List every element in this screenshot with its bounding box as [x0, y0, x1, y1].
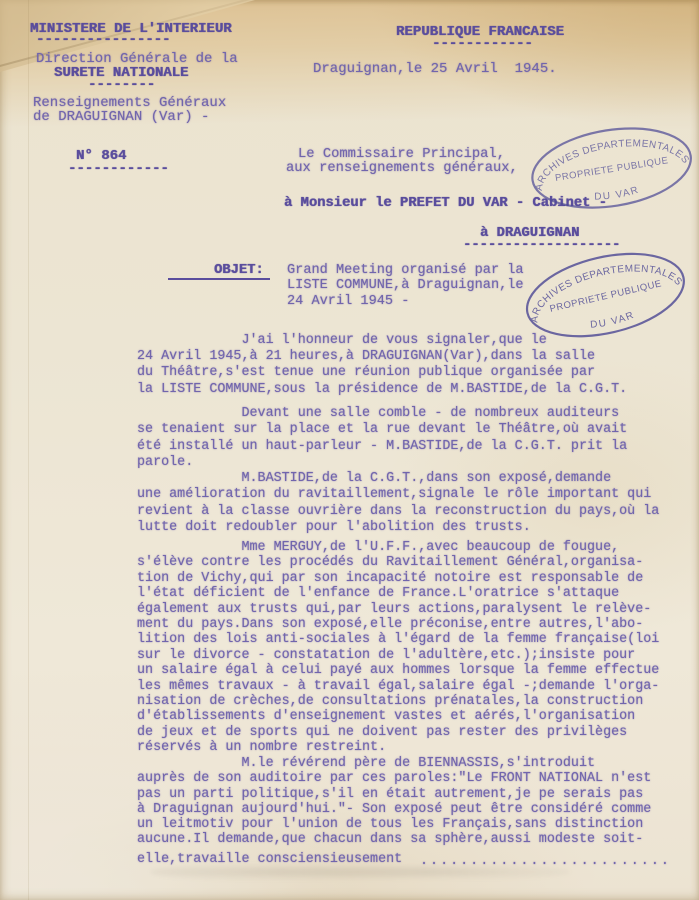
closing-dotted-line: .........................: [420, 854, 671, 869]
reference-rule: ------------: [68, 162, 169, 177]
document-page: MINISTERE DE L'INTERIEUR ---------------…: [0, 0, 699, 900]
paragraph-merguy: Mme MERGUY,de l'U.F.F.,avec beaucoup de …: [137, 540, 659, 756]
archives-stamp-top: ARCHIVES DEPARTEMENTALES PROPRIETE PUBLI…: [520, 109, 699, 231]
service-line2: de DRAGUIGNAN (Var) -: [33, 110, 209, 125]
sender-line2: aux renseignements généraux,: [286, 161, 518, 176]
ministry-rule: ----------------: [36, 33, 170, 48]
closing-line: elle,travaille consciensieusement: [137, 852, 402, 867]
dateline: Draguignan,le 25 Avril 1945.: [313, 62, 557, 77]
paragraph-salle-bastide: Devant une salle comble - de nombreux au…: [137, 406, 659, 536]
subject-text: Grand Meeting organisé par la LISTE COMM…: [287, 263, 524, 309]
paragraph-biennassis: M.le révérend père de BIENNASSIS,s'intro…: [137, 756, 651, 848]
subject-label: OBJET:: [168, 263, 270, 280]
paragraph-intro: J'ai l'honneur de vous signaler,que le 2…: [137, 333, 627, 398]
direction-rule: --------: [88, 78, 155, 93]
sender-line1: Le Commissaire Principal,: [298, 147, 505, 162]
svg-text:DU VAR: DU VAR: [588, 309, 637, 332]
paper-fold-line: [28, 0, 29, 900]
stamp-bottom-text: DU VAR: [588, 309, 637, 332]
republic-rule: ------------: [432, 37, 533, 52]
